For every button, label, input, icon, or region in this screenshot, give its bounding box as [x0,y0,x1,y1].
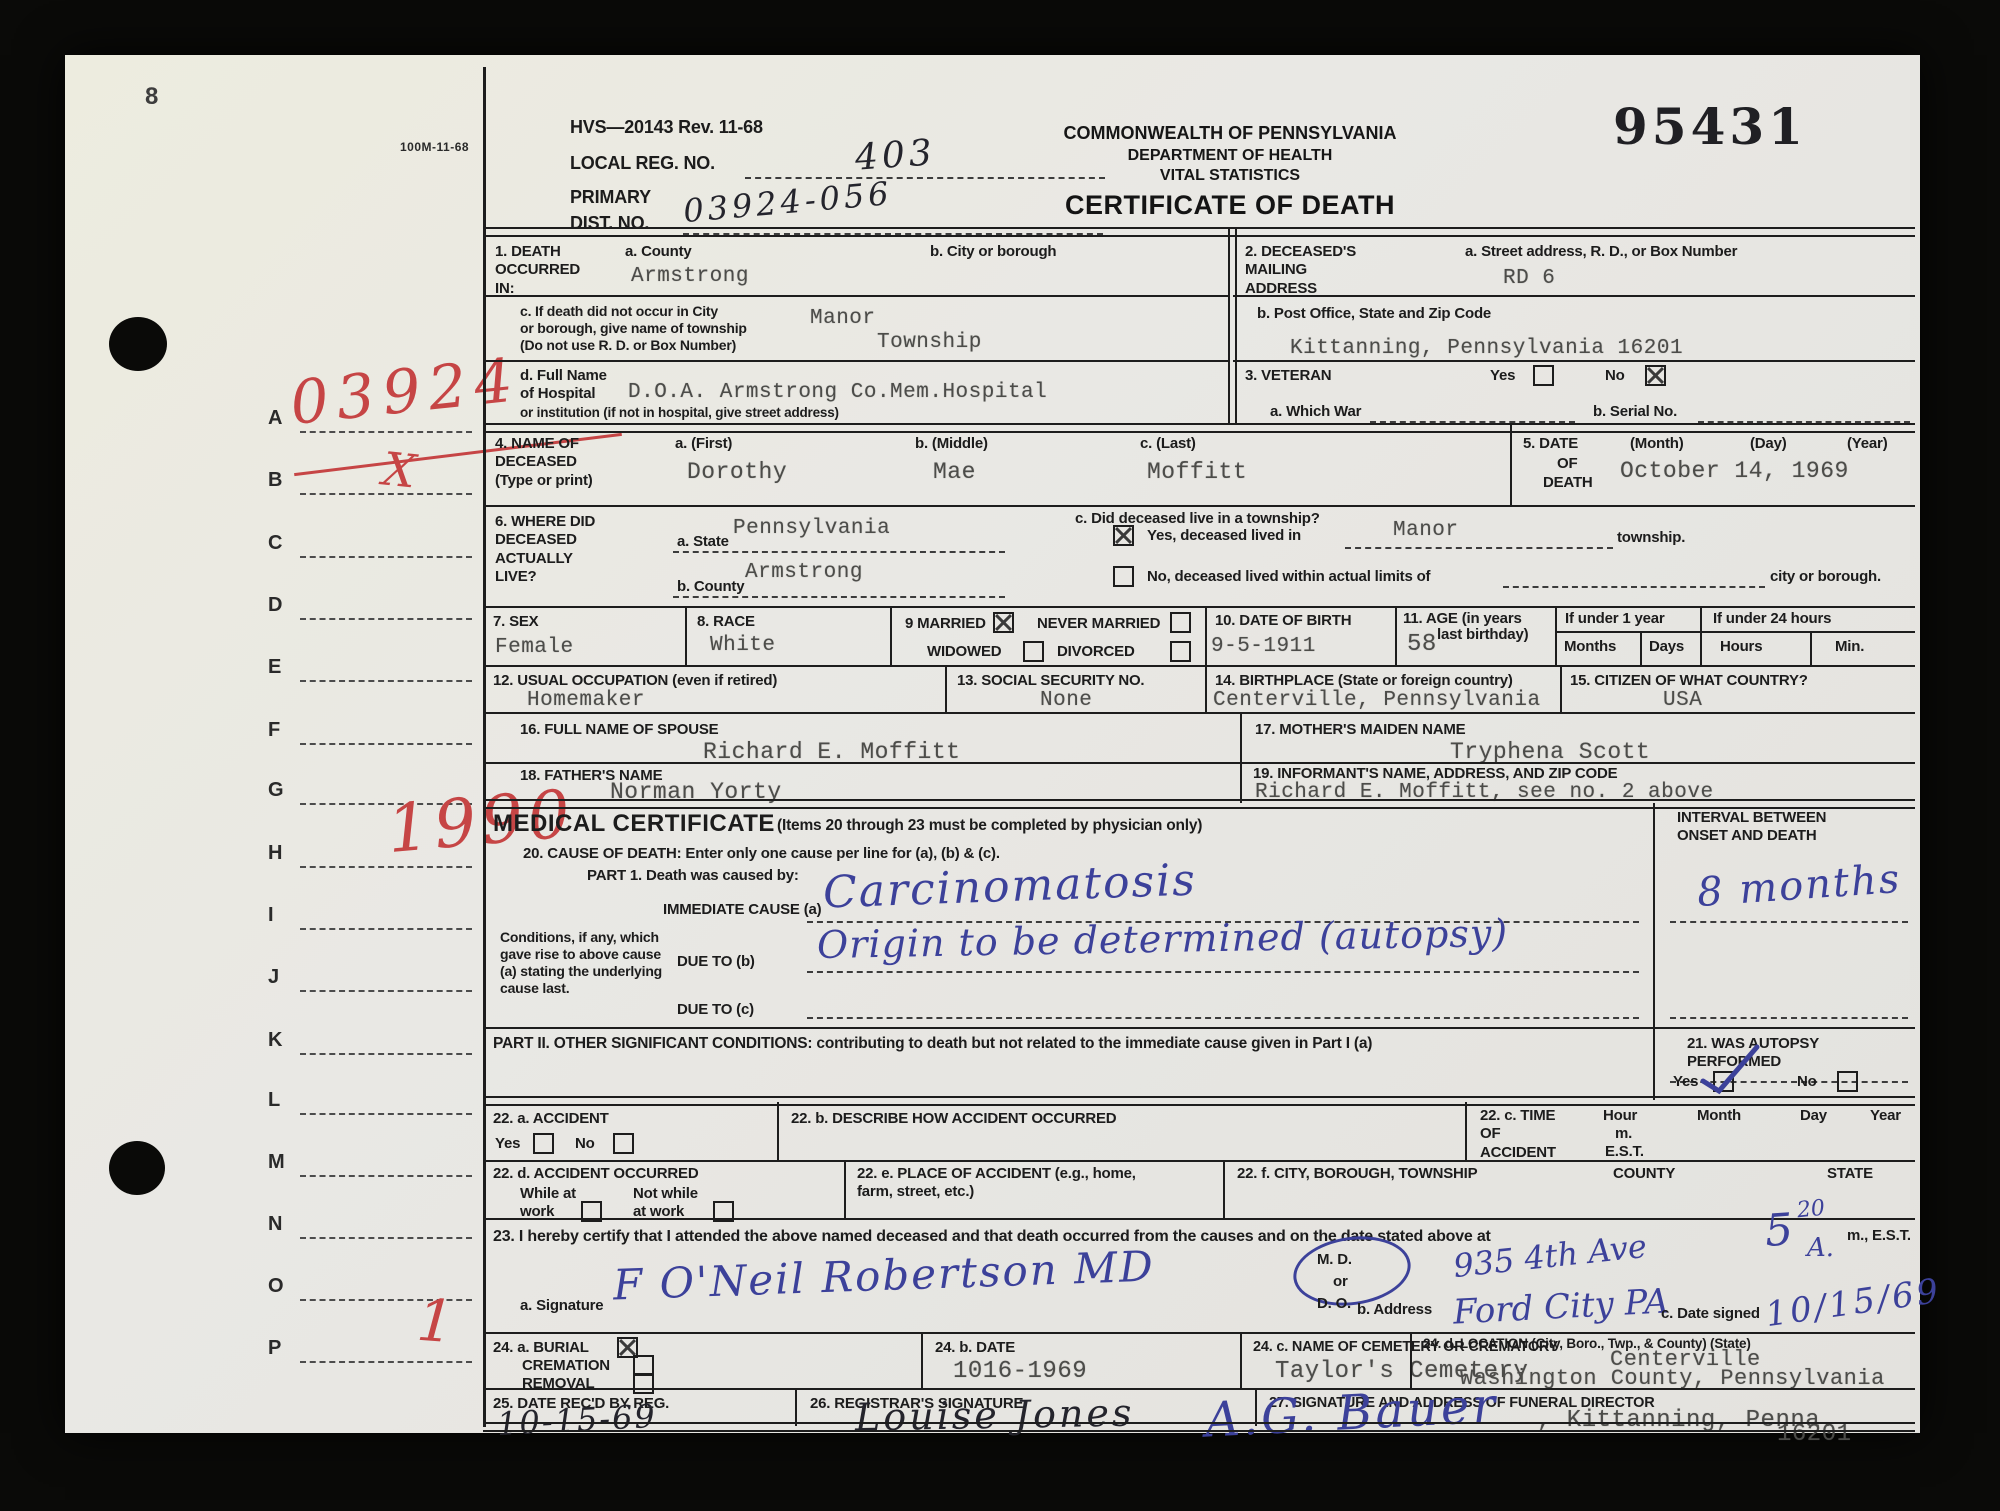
item6c-yes-label: Yes, deceased lived in [1147,527,1301,545]
certificate-title: CERTIFICATE OF DEATH [970,190,1490,221]
divider [1205,606,1207,665]
item24a-label: 24. a. BURIAL [493,1339,589,1357]
item6-label: 6. WHERE DID DECEASED ACTUALLY LIVE? [495,513,595,586]
margin-letter: G [268,779,284,802]
under-24-hours-label: If under 24 hours [1713,610,1831,628]
item10-value: 9-5-1911 [1211,635,1316,658]
margin-line [300,618,472,620]
item1a-value: Armstrong [631,265,749,288]
divider [795,1388,797,1426]
margin-line [300,990,472,992]
divider [890,606,892,665]
margin-letter: H [268,842,282,865]
divider [1223,1160,1225,1218]
item21-no-label: No [1797,1073,1817,1091]
item14-label: 14. BIRTHPLACE (State or foreign country… [1215,672,1513,690]
box1-box2-divider [1228,227,1237,425]
vital-statistics-title: VITAL STATISTICS [970,167,1490,185]
item6b-value: Armstrong [745,561,863,584]
item9-divorced-label: DIVORCED [1057,643,1135,661]
department-title: DEPARTMENT OF HEALTH [970,147,1490,165]
md-label: M. D. [1317,1251,1352,1269]
item1d-label: d. Full Name of Hospital [520,367,607,404]
item9-married-label: 9 MARRIED [905,615,986,633]
item1d-sublabel: or institution (if not in hospital, give… [520,405,839,421]
item5-death-label: DEATH [1543,474,1593,492]
item14-value: Centerville, Pennsylvania [1213,689,1541,712]
rule [483,712,1915,714]
item1a-label: a. County [625,243,692,261]
margin-line [300,1053,472,1055]
commonwealth-title: COMMONWEALTH OF PENNSYLVANIA [970,123,1490,144]
divider [1205,665,1207,712]
cremation-label: CREMATION [522,1357,610,1375]
item7-value: Female [495,636,574,659]
item9-never-married-label: NEVER MARRIED [1037,615,1160,633]
accident-yes-checkbox [533,1133,554,1154]
margin-line [300,1175,472,1177]
item12-value: Homemaker [527,689,645,712]
ledger-form-divider [483,67,486,1427]
margin-line [300,556,472,558]
hours-label: Hours [1720,638,1762,656]
section-rule [483,799,1915,809]
rule [483,762,1915,764]
item13-label: 13. SOCIAL SECURITY NO. [957,672,1144,690]
address-label: b. Address [1357,1301,1432,1319]
certificate-paper: 8 100M-11-68 A B C D E F G H I J K L M N… [65,55,1920,1433]
bottom-rule [483,1422,1915,1432]
item3b-label: b. Serial No. [1593,403,1677,421]
item5-year-label: (Year) [1847,435,1888,453]
divorced-checkbox [1170,641,1191,662]
item8-label: 8. RACE [697,613,755,631]
item3a-label: a. Which War [1270,403,1361,421]
accident-no-checkbox [613,1133,634,1154]
state-label: STATE [1827,1165,1873,1183]
divider [1640,631,1642,665]
item4a-label: a. (First) [675,435,732,453]
item2-label: 2. DECEASED'S MAILING ADDRESS [1245,243,1356,298]
section-rule [483,1096,1915,1106]
section-rule [483,423,1915,433]
under-1-year-label: If under 1 year [1565,610,1665,628]
rule [483,1160,1915,1162]
rule [483,295,1228,297]
rule [483,1218,1915,1220]
county-label: COUNTY [1613,1165,1675,1183]
form-number: HVS—20143 Rev. 11-68 [570,117,763,139]
autopsy-no-checkbox [1837,1071,1858,1092]
item6a-label: a. State [677,533,729,551]
margin-line [300,1113,472,1115]
item9-widowed-label: WIDOWED [927,643,1001,661]
item6c-label: c. Did deceased live in a township? [1075,510,1320,528]
item1c-label: c. If death did not occur in City or bor… [520,303,747,354]
veteran-yes-checkbox [1533,365,1554,386]
margin-letter: C [268,532,282,555]
red-annotation-1: 1 [415,1286,457,1356]
page-number: 8 [145,83,158,111]
margin-letter: A [268,407,282,430]
margin-line [300,866,472,868]
township-no-checkbox [1113,566,1134,587]
cause-b-handwritten: Origin to be determined (autopsy) [817,911,1509,967]
item4c-label: c. (Last) [1140,435,1196,453]
item1c-value-line2: Township [877,331,982,354]
divider [1465,1102,1467,1160]
margin-line [300,1361,472,1363]
margin-letter: B [268,469,282,492]
item16-label: 16. FULL NAME OF SPOUSE [520,721,719,739]
item12-label: 12. USUAL OCCUPATION (even if retired) [493,672,777,690]
item6b-label: b. County [677,578,744,596]
box4-box5-divider [1510,425,1512,505]
township-yes-checkbox [1113,525,1134,546]
rule [1555,631,1915,633]
county-line [673,596,1005,598]
rule [1233,295,1915,297]
margin-line [300,928,472,930]
margin-letter: J [268,966,279,989]
date-signed-label: c. Date signed [1661,1305,1760,1323]
item3-label: 3. VETERAN [1245,367,1331,385]
widowed-checkbox [1023,641,1044,662]
item8-value: White [710,634,776,657]
item24b-value: 1016-1969 [953,1358,1087,1385]
margin-line [300,680,472,682]
do-label: D. O. [1317,1295,1351,1313]
divider [1410,1332,1412,1388]
item5-month-label: (Month) [1630,435,1684,453]
item7-label: 7. SEX [493,613,539,631]
item3-no-label: No [1605,367,1625,385]
margin-letter: P [268,1337,281,1360]
item22f-label: 22. f. CITY, BOROUGH, TOWNSHIP [1237,1165,1477,1183]
certificate-stamp-number: 95431 [1613,97,1807,156]
item22a-yes-label: Yes [495,1135,520,1153]
months-label: Months [1564,638,1616,656]
item6a-value: Pennsylvania [733,517,890,540]
item6c-township-suffix: township. [1617,529,1685,547]
veteran-no-checkbox [1645,365,1666,386]
margin-letter: O [268,1275,284,1298]
item1c-value-line1: Manor [810,307,876,330]
hour-label: Hour [1603,1107,1637,1125]
item22b-label: 22. b. DESCRIBE HOW ACCIDENT OCCURRED [791,1110,1116,1128]
item10-label: 10. DATE OF BIRTH [1215,612,1351,630]
item11-label2: last birthday) [1437,626,1528,644]
time-hour-handwritten: 5 [1763,1204,1794,1257]
item13-value: None [1040,689,1092,712]
due-to-b-label: DUE TO (b) [677,953,755,971]
item2b-value: Kittanning, Pennsylvania 16201 [1290,337,1683,360]
removal-checkbox [633,1373,654,1394]
item4c-value: Moffitt [1147,459,1247,485]
margin-line [300,743,472,745]
item4b-value: Mae [933,459,976,485]
autopsy-yes-checkmark [1695,1043,1765,1095]
item2a-label: a. Street address, R. D., or Box Number [1465,243,1737,261]
item5-of-label: OF [1557,455,1577,473]
immediate-cause-label: IMMEDIATE CAUSE (a) [663,901,821,919]
local-reg-label: LOCAL REG. NO. [570,153,715,175]
day-label: Day [1800,1107,1827,1125]
item5-label: 5. DATE [1523,435,1578,453]
margin-letter: E [268,656,281,679]
item6c-yes-value: Manor [1393,519,1459,542]
date-received-handwritten: 10-15-69 [496,1397,658,1443]
red-annotation-x: X [380,441,418,498]
print-code: 100M-11-68 [400,140,469,154]
header-rule [483,227,1915,237]
item22a-no-label: No [575,1135,595,1153]
item20-label: 20. CAUSE OF DEATH: Enter only one cause… [523,845,1000,863]
item15-value: USA [1663,689,1702,712]
married-checkbox [993,612,1014,633]
item1d-value: D.O.A. Armstrong Co.Mem.Hospital [628,381,1047,404]
hole-punch-bottom [109,1141,165,1195]
divider [1240,712,1242,762]
divider [1395,606,1397,665]
divider [945,665,947,712]
m-est-label: m., E.S.T. [1847,1227,1911,1245]
divider [1560,665,1562,712]
month-label: Month [1697,1107,1741,1125]
item5-value: October 14, 1969 [1620,458,1849,484]
margin-letter: N [268,1213,282,1236]
interval-value-handwritten: 8 months [1696,856,1903,916]
scanned-death-certificate: { "page": {"number": "8", "print_code": … [0,0,2000,1511]
rule [483,665,1915,667]
rule [483,1388,1915,1390]
est-label: E.S.T. [1605,1143,1644,1161]
item22c-label: 22. c. TIME OF ACCIDENT [1480,1107,1556,1162]
item17-label: 17. MOTHER'S MAIDEN NAME [1255,721,1465,739]
margin-letter: F [268,719,280,742]
removal-label: REMOVAL [522,1375,595,1393]
time-ampm-handwritten: A. [1807,1233,1834,1263]
item24b-label: 24. b. DATE [935,1339,1015,1357]
margin-letter: D [268,594,282,617]
divider [777,1102,779,1160]
interval-label: INTERVAL BETWEEN ONSET AND DEATH [1677,809,1826,846]
township-line [1345,547,1613,549]
cause-c-line [807,1017,1639,1019]
item6c-no-label: No, deceased lived within actual limits … [1147,568,1430,586]
rule [483,1332,1915,1334]
margin-letter: M [268,1151,285,1174]
item22e-label: 22. e. PLACE OF ACCIDENT (e.g., home, fa… [857,1165,1136,1202]
part2-label: PART II. OTHER SIGNIFICANT CONDITIONS: c… [493,1035,1372,1054]
item2a-value: RD 6 [1503,267,1555,290]
item1-label: 1. DEATH OCCURRED IN: [495,243,580,298]
m-label: m. [1615,1125,1632,1143]
divider [1810,631,1812,665]
not-while-label: Not while [633,1185,698,1203]
interval-c-line [1670,1017,1908,1019]
item4a-value: Dorothy [687,459,787,485]
dist-no-value: 03924-056 [682,174,894,230]
year-label: Year [1870,1107,1901,1125]
item4b-label: b. (Middle) [915,435,988,453]
local-reg-value: 403 [854,132,937,179]
item2b-label: b. Post Office, State and Zip Code [1257,305,1491,323]
cause-a-handwritten: Carcinomatosis [822,854,1197,918]
hole-punch-top [109,317,167,371]
interval-a-line [1670,921,1908,923]
divider [921,1332,923,1388]
item4-label: 4. NAME OF DECEASED (Type or print) [495,435,593,490]
rule [483,505,1915,507]
city-line [1503,586,1765,588]
interval-column-divider [1653,803,1655,1100]
date-signed-handwritten: 10/15/69 [1763,1271,1944,1335]
margin-letter: I [268,904,274,927]
item15-label: 15. CITIZEN OF WHAT COUNTRY? [1570,672,1808,690]
medical-certificate-title: MEDICAL CERTIFICATE [493,809,775,838]
item5-day-label: (Day) [1750,435,1787,453]
conditions-note: Conditions, if any, which gave rise to a… [500,929,662,997]
rule [483,360,1228,362]
item3-yes-label: Yes [1490,367,1515,385]
item22d-label: 22. d. ACCIDENT OCCURRED [493,1165,699,1183]
days-label: Days [1649,638,1684,656]
or-label: or [1333,1273,1348,1291]
primary-label: PRIMARY [570,187,651,209]
item22a-label: 22. a. ACCIDENT [493,1110,609,1128]
divider [1700,606,1702,665]
item6c-city-suffix: city or borough. [1770,568,1881,586]
divider [1240,1332,1242,1388]
due-to-c-label: DUE TO (c) [677,1001,754,1019]
divider [685,606,687,665]
physician-signature: F O'Neil Robertson MD [612,1242,1155,1310]
signature-label: a. Signature [520,1297,603,1315]
time-minutes-handwritten: 20 [1796,1196,1826,1224]
part1-label: PART 1. Death was caused by: [587,867,799,885]
divider [1555,606,1557,665]
rule [483,1027,1915,1029]
state-line [673,551,1005,553]
medical-certificate-subtitle: (Items 20 through 23 must be completed b… [777,817,1202,836]
margin-line [300,1237,472,1239]
margin-letter: K [268,1029,282,1052]
while-at-label: While at [520,1185,576,1203]
divider [844,1160,846,1218]
registrar-signature: Louise Jones [855,1391,1135,1440]
margin-letter: L [268,1089,280,1112]
item1b-label: b. City or borough [930,243,1056,261]
agency-block: COMMONWEALTH OF PENNSYLVANIA DEPARTMENT … [970,123,1490,221]
divider [1240,762,1242,803]
cause-b-line [807,971,1639,973]
item11-value: 58 [1407,631,1437,658]
never-married-checkbox [1170,612,1191,633]
min-label: Min. [1835,638,1864,656]
rule [1233,360,1915,362]
physician-address-line2: Ford City PA [1452,1281,1670,1332]
